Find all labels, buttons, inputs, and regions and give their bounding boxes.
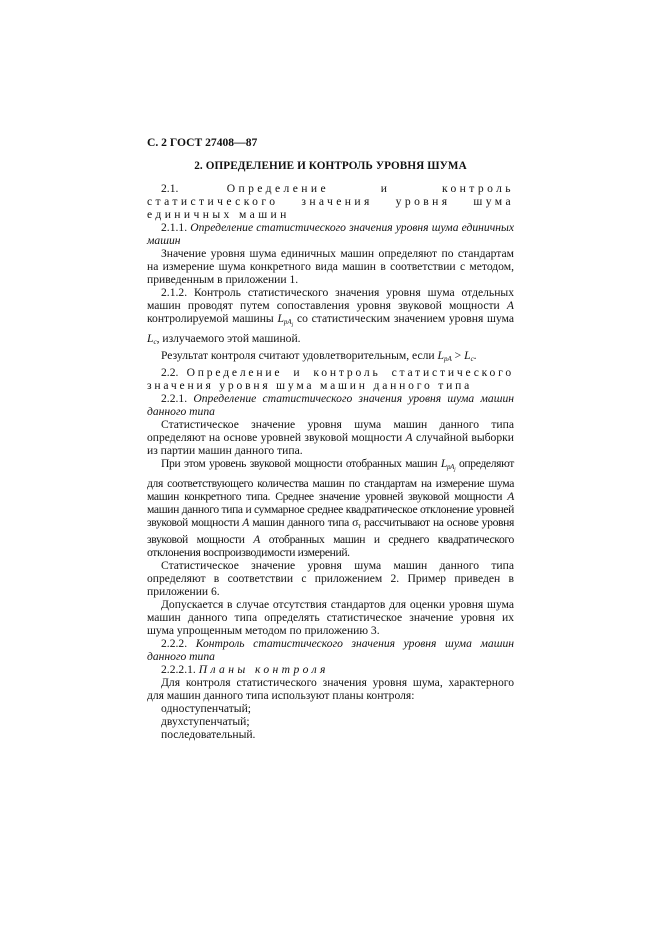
stat-value-paragraph: Статистическое значение уровня шума маши… <box>147 559 514 598</box>
plan-item: одноступенчатый; <box>147 702 514 715</box>
clause-2-1-1-title: Определение статистического значения уро… <box>147 221 514 247</box>
clause-2-2-title: Определение и контроль статистического з… <box>147 366 514 392</box>
clause-2-1-1: 2.1.1. Определение статистического значе… <box>147 221 514 247</box>
clause-2-2-2: 2.2.2. Контроль статистического значения… <box>147 637 514 663</box>
plan-item: последовательный. <box>147 728 514 741</box>
result-condition: Результат контроля считают удовлетворите… <box>147 349 514 366</box>
clause-2-2-2-1-title: Планы контроля <box>199 663 329 676</box>
plan-item: двухступенчатый; <box>147 715 514 728</box>
clause-2-2-2-1: 2.2.2.1. Планы контроля <box>147 663 514 676</box>
clause-2-1-2: 2.1.2. Контроль статистического значения… <box>147 286 514 349</box>
symbol-L-c: Lc <box>147 332 157 345</box>
measurement-paragraph: При этом уровень звуковой мощности отобр… <box>147 457 514 559</box>
plans-paragraph: Для контроля статистического значения ур… <box>147 676 514 702</box>
clause-2-1-title: Определение и контроль статистического з… <box>147 182 514 221</box>
clause-2-2-2-title: Контроль статистического значения уровня… <box>147 637 514 663</box>
clause-2-1-1-body: Значение уровня шума единичных машин опр… <box>147 247 514 286</box>
section-title: 2. ОПРЕДЕЛЕНИЕ И КОНТРОЛЬ УРОВНЯ ШУМА <box>147 160 514 173</box>
clause-2-1: 2.1. Определение и контроль статистическ… <box>147 182 514 221</box>
clause-2-2-1: 2.2.1. Определение статистического значе… <box>147 392 514 418</box>
allowed-paragraph: Допускается в случае отсутствия стандарт… <box>147 598 514 637</box>
page-header: С. 2 ГОСТ 27408—87 <box>147 136 514 149</box>
clause-2-2: 2.2. Определение и контроль статистическ… <box>147 366 514 392</box>
clause-2-2-1-body: Статистическое значение уровня шума маши… <box>147 418 514 457</box>
document-page: С. 2 ГОСТ 27408—87 2. ОПРЕДЕЛЕНИЕ И КОНТ… <box>147 136 514 741</box>
symbol-L-pAj: LpAj <box>277 312 293 325</box>
clause-2-2-1-title: Определение статистического значения уро… <box>147 392 514 418</box>
